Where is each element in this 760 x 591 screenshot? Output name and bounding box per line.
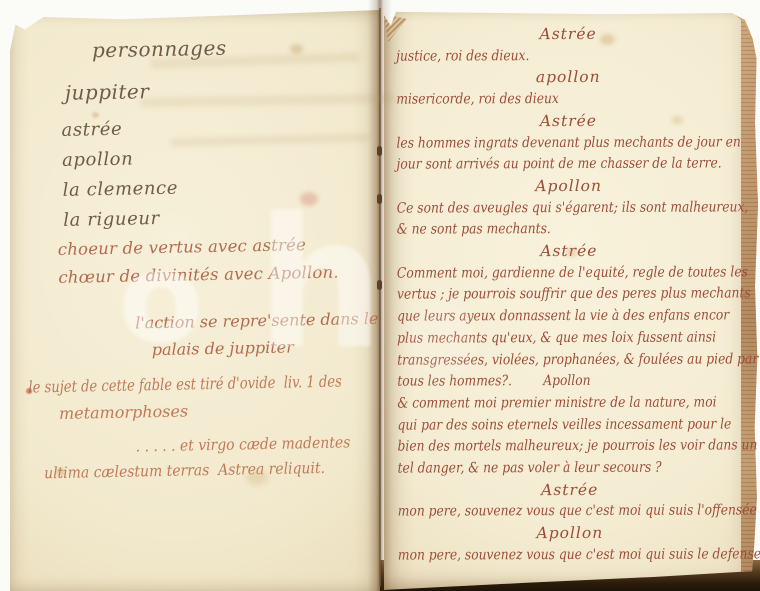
manuscript-line: & comment moi premier ministre de la nat… [397, 393, 693, 416]
manuscript-line: que leurs ayeux donnassent la vie à des … [397, 306, 693, 329]
left-page-text: personnagesjuppiterastréeapollonla cleme… [52, 33, 372, 482]
manuscript-line: le sujet de cette fable est tiré d'ovide… [28, 372, 309, 396]
binding-stitch [377, 146, 382, 156]
manuscript-line: Astrée [396, 110, 740, 133]
manuscript-line: l'action se repre'sente dans le [135, 309, 369, 332]
manuscript-line: misericorde, roi des dieux [396, 89, 692, 112]
binding-stitch [377, 194, 382, 204]
manuscript-line: transgressées, violées, prophanées, & fo… [397, 349, 693, 372]
right-page-text: Astréejustice, roi des dieux.apollonmise… [396, 23, 742, 567]
manuscript-line: vertus ; je pourrois souffrir que des pe… [397, 284, 693, 307]
manuscript-line: Astrée [397, 240, 741, 263]
manuscript-line: Comment moi, gardienne de l'equité, regl… [397, 262, 693, 285]
binding-seam [379, 8, 381, 586]
manuscript-line: bien des mortels malheureux; je pourrois… [397, 436, 693, 459]
manuscript-line: Apollon [397, 175, 741, 198]
manuscript-line: metamorphoses [59, 398, 371, 423]
manuscript-line: mon pere, souvenez vous que c'est moi qu… [398, 501, 694, 524]
manuscript-line: mon pere, souvenez vous que c'est moi qu… [398, 544, 694, 567]
manuscript-line: Apollon [398, 523, 742, 546]
manuscript-line: Ce sont des aveugles qui s'égarent; ils … [397, 197, 693, 220]
manuscript-line: . . . . . et virgo cæde madentes [135, 433, 348, 455]
manuscript-line: plus mechants qu'eux, & que mes loix fus… [397, 327, 693, 350]
manuscript-line: la rigueur [63, 204, 367, 231]
binding-stitch [377, 280, 382, 290]
manuscript-line: jour sont arrivés au point de me chasser… [397, 154, 693, 177]
manuscript-line: tel danger, & ne pas voler à leur secour… [398, 458, 694, 481]
manuscript-line: tous les hommes?. Apollon [397, 371, 693, 394]
manuscript-line: justice, roi des dieux. [396, 45, 692, 68]
manuscript-line: juppiter [65, 75, 365, 105]
manuscript-line: personnages [92, 33, 364, 62]
manuscript-line: qui par des soins eternels veilles inces… [397, 414, 693, 437]
manuscript-line: palais de juppiter [152, 336, 370, 359]
manuscript-photo: personnagesjuppiterastréeapollonla cleme… [0, 0, 760, 591]
manuscript-line: astrée [61, 114, 365, 141]
manuscript-line: & ne sont pas mechants. [397, 219, 693, 242]
manuscript-line: choeur de vertus avec astrée [58, 234, 368, 259]
manuscript-line: apollon [396, 67, 740, 90]
manuscript-line: la clemence [62, 174, 366, 201]
manuscript-line: les hommes ingrats devenant plus mechant… [396, 132, 692, 155]
manuscript-line: Astrée [398, 479, 742, 502]
manuscript-line: chœur de divinités avec Apollon. [58, 262, 368, 287]
manuscript-line: apollon [62, 144, 366, 171]
manuscript-line: Astrée [396, 23, 740, 46]
